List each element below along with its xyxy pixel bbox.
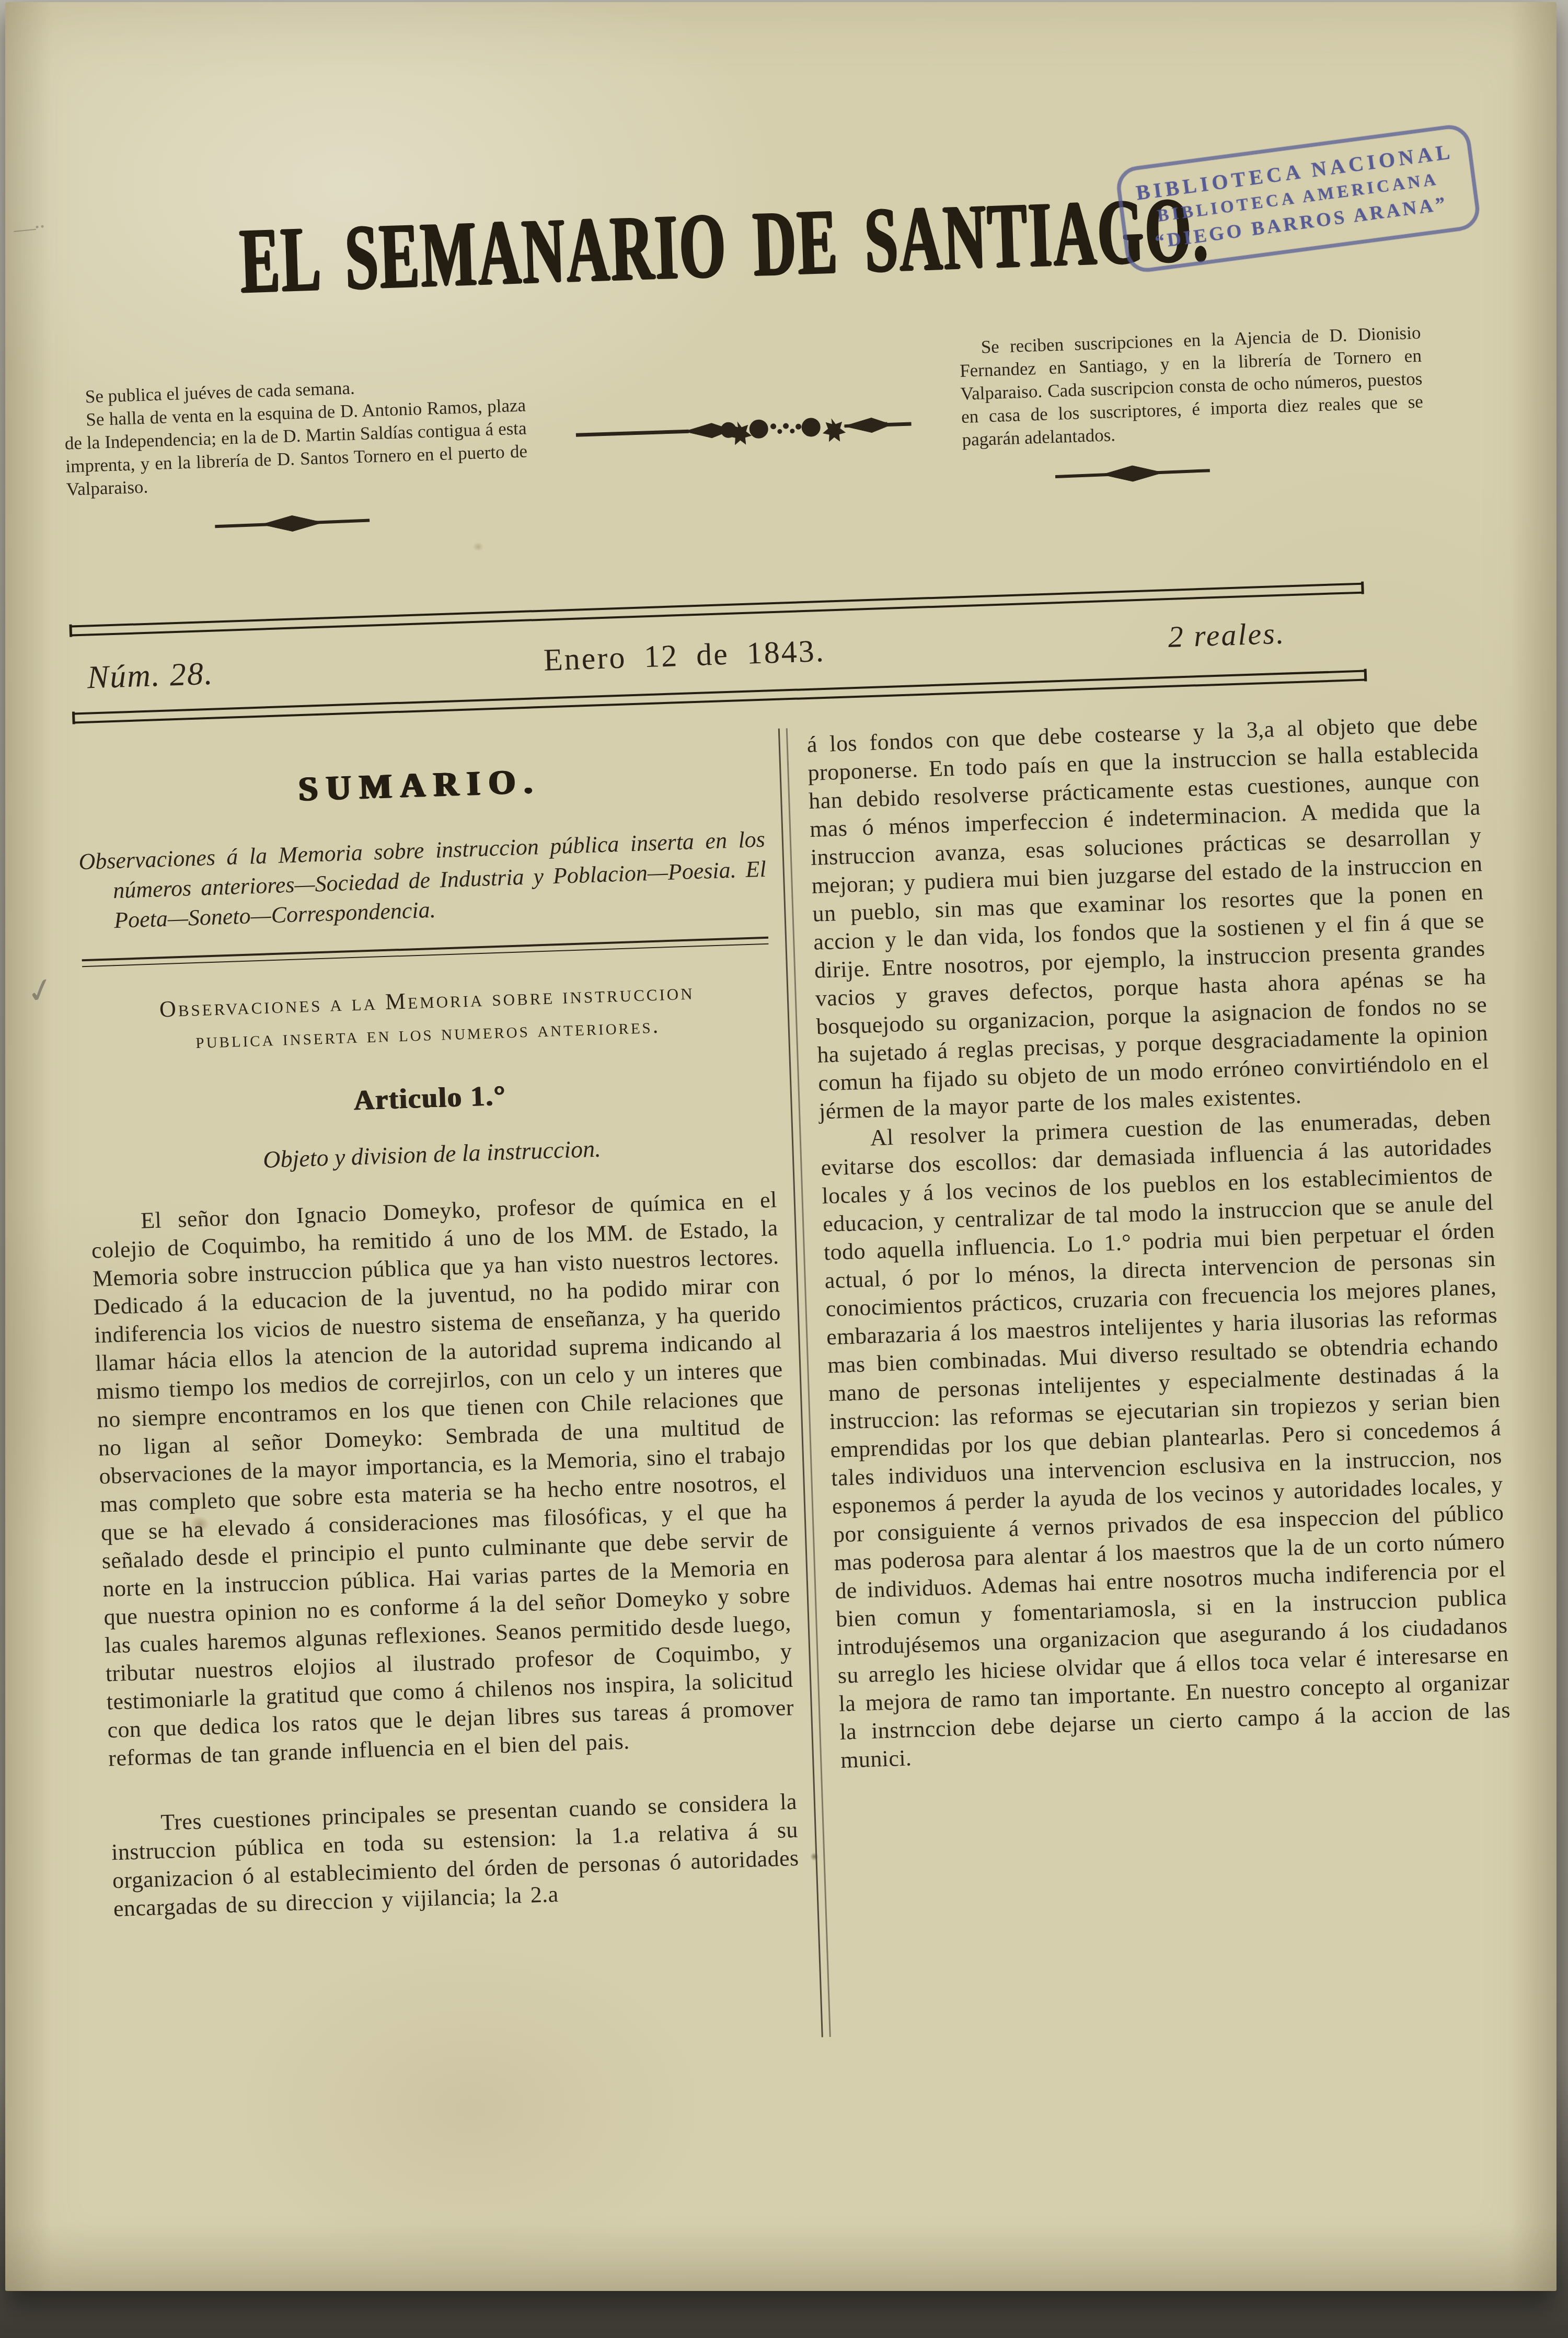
issue-date: Enero 12 de 1843. [543,633,826,678]
double-rule [82,937,769,968]
section-heading: Observaciones a la Memoria sobre instruc… [83,976,771,1058]
newspaper-title: EL SEMANARIO DE SANTIAGO. [238,176,1210,315]
subscription-notice: Se reciben suscripciones en la Ajencia d… [959,321,1424,452]
right-paragraph-1: á los fondos con que debe costearse y la… [806,708,1490,1125]
publication-notice: Se publica el juéves de cada semana. Se … [63,371,528,501]
library-stamp: BIBLIOTECA NACIONAL BIBLIOTECA AMERICANA… [1114,123,1482,274]
pencil-check-icon: ✓ [22,969,59,1013]
ornament-divider-icon [574,404,913,453]
publication-notice-body: Se halla de venta en la esquina de D. An… [64,394,528,501]
page-content: EL SEMANARIO DE SANTIAGO. BIBLIOTECA NAC… [0,0,1568,2316]
sumario-title: SUMARIO. [76,754,764,817]
left-column: SUMARIO. Observaciones á la Memoria sobr… [75,729,800,1923]
article-heading: Articulo 1.° [86,1070,774,1126]
right-paragraph-2: Al resolver la primera cuestion de las e… [820,1103,1512,1775]
ornament-left-icon [214,509,371,538]
issue-number: Núm. 28. [87,655,214,697]
issue-price: 2 reales. [1168,616,1286,654]
left-paragraph-1: El señor don Ignacio Domeyko, profesor d… [90,1185,795,1772]
newspaper-page: EL SEMANARIO DE SANTIAGO. BIBLIOTECA NAC… [5,2,1557,2291]
ornament-right-icon [1054,459,1211,488]
subscription-notice-body: Se reciben suscripciones en la Ajencia d… [959,321,1424,452]
right-column: á los fondos con que debe costearse y la… [806,708,1512,1774]
article-columns: SUMARIO. Observaciones á la Memoria sobr… [75,706,1518,2068]
masthead-bar: Núm. 28. Enero 12 de 1843. 2 reales. [71,583,1365,724]
left-paragraph-2: Tres cuestiones principales se presentan… [110,1788,800,1923]
pencil-scribble-icon: —·· [13,214,45,243]
sumario-text: Observaciones á la Memoria sobre instruc… [78,824,768,936]
article-subtitle: Objeto y division de la instruccion. [88,1128,776,1179]
